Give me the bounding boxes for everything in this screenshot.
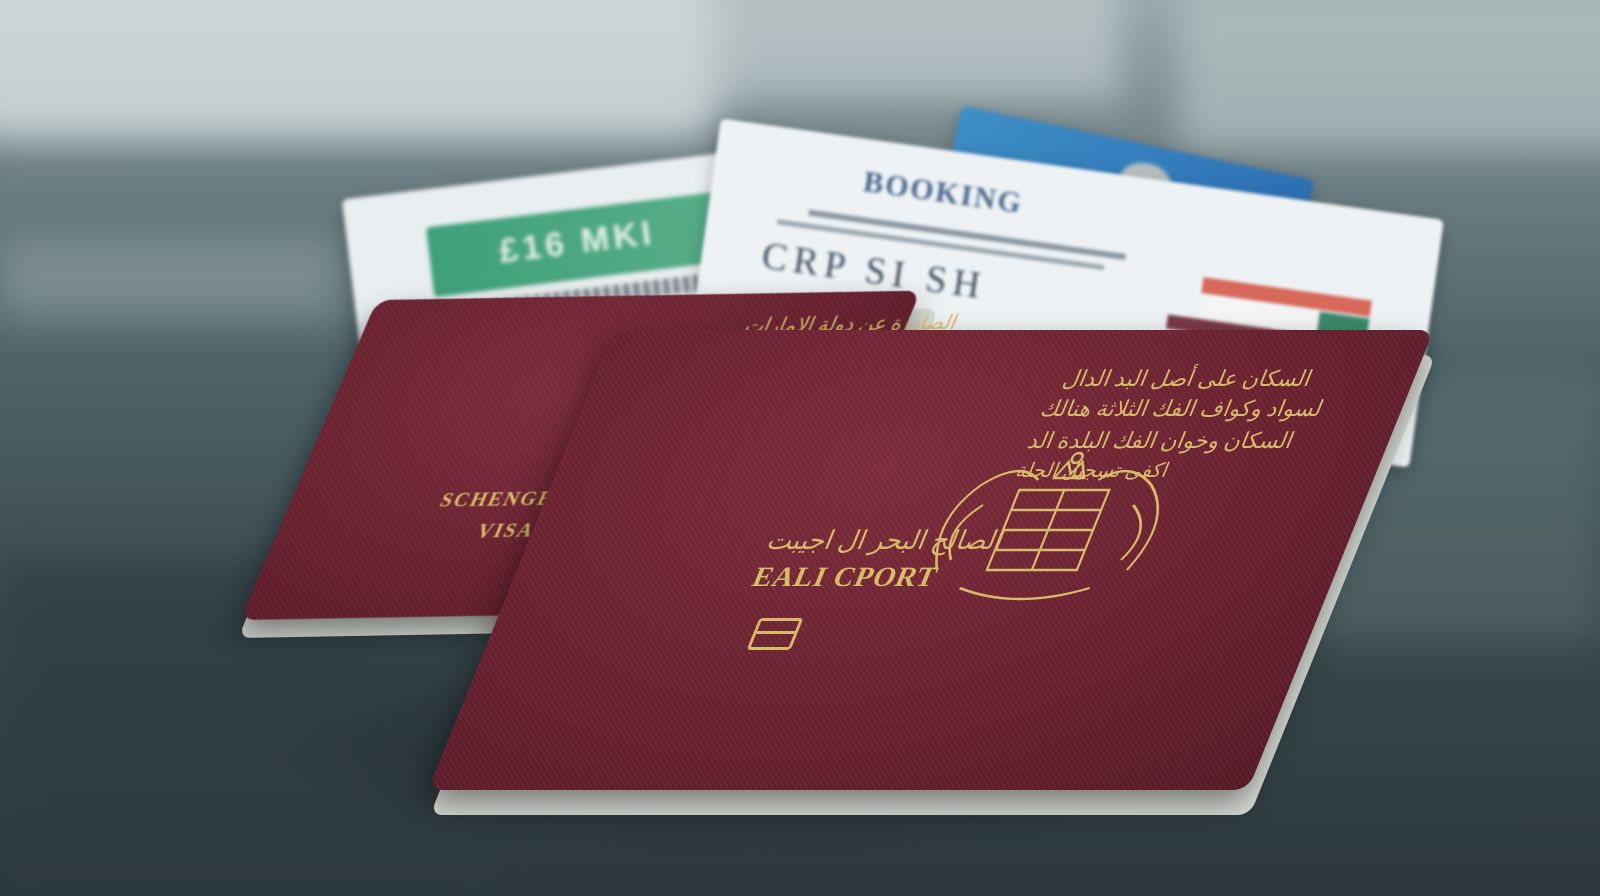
background-blur [0, 240, 340, 320]
background-blur [700, 0, 1120, 100]
background-blur [1180, 0, 1600, 150]
passport-arabic-text: الصالح البحر ال اجيبت [763, 526, 1010, 556]
passport-title: EALI CPORT [747, 562, 942, 594]
photo-scene: £16 MKI BOOKING CRP SI SH SSE 10 10 الصا… [0, 0, 1600, 896]
ticket-brand: BOOKING [861, 165, 1025, 221]
passport-arabic-text: السكان على أصل البد الدال [1059, 366, 1317, 392]
passport-arabic-text: لسواد وكواف الفك الثلاثة هنالك [1037, 396, 1328, 422]
biometric-chip-icon [747, 618, 804, 650]
window-glare [0, 0, 720, 140]
